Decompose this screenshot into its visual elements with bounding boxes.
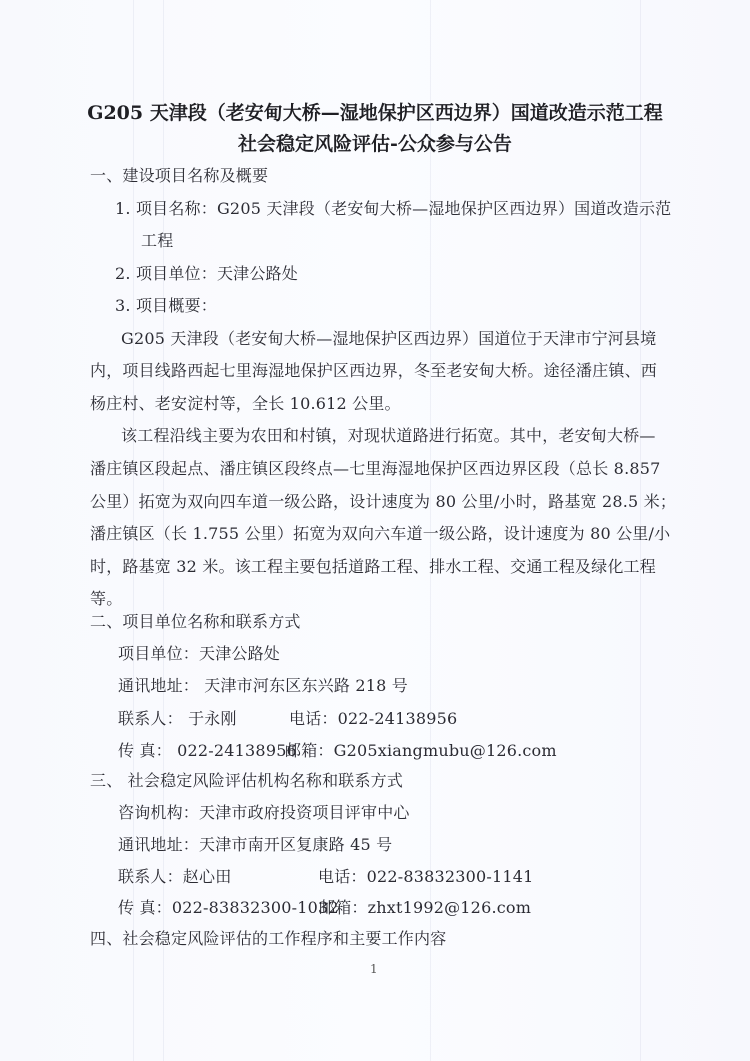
- overview-para1-line2: 内，项目线路西起七里海湿地保护区西边界，冬至老安甸大桥。途径潘庄镇、西: [90, 358, 657, 381]
- section3-contact-person: 联系人：赵心田: [118, 864, 231, 887]
- overview-para2-line5: 时，路基宽 32 米。该工程主要包括道路工程、排水工程、交通工程及绿化工程: [90, 554, 656, 577]
- section1-heading: 一、建设项目名称及概要: [90, 163, 268, 186]
- section2-phone: 电话：022-24138956: [289, 706, 457, 729]
- section2-contact-person: 联系人： 于永刚: [118, 706, 237, 729]
- section4-heading: 四、社会稳定风险评估的工作程序和主要工作内容: [90, 926, 446, 949]
- section2-unit: 项目单位：天津公路处: [118, 641, 280, 664]
- section2-email: 邮箱：G205xiangmubu@126.com: [285, 738, 557, 761]
- section3-phone: 电话：022-83832300-1141: [318, 864, 534, 887]
- section2-address: 通讯地址： 天津市河东区东兴路 218 号: [118, 673, 408, 696]
- overview-para1-line3: 杨庄村、老安淀村等，全长 10.612 公里。: [90, 391, 401, 414]
- document-title-line2: 社会稳定风险评估-公众参与公告: [0, 129, 750, 156]
- overview-para2-line4: 潘庄镇区（长 1.755 公里）拓宽为双向六车道一级公路，设计速度为 80 公里…: [90, 521, 670, 544]
- overview-para1-line1: G205 天津段（老安甸大桥—湿地保护区西边界）国道位于天津市宁河县境: [121, 326, 656, 349]
- overview-para2-line2: 潘庄镇区段起点、潘庄镇区段终点—七里海湿地保护区西边界区段（总长 8.857: [90, 456, 661, 479]
- overview-para2-line3: 公里）拓宽为双向四车道一级公路，设计速度为 80 公里/小时，路基宽 28.5 …: [90, 489, 676, 512]
- project-overview-label: 3. 项目概要：: [115, 293, 217, 316]
- project-name-line2: 工程: [141, 228, 173, 251]
- project-name-line1: 1. 项目名称：G205 天津段（老安甸大桥—湿地保护区西边界）国道改造示范: [115, 196, 671, 219]
- section3-email: 邮箱：zhxt1992@126.com: [319, 895, 531, 918]
- page-number: 1: [370, 962, 378, 976]
- document-page: G205 天津段（老安甸大桥—湿地保护区西边界）国道改造示范工程 社会稳定风险评…: [0, 0, 750, 1061]
- section3-agency: 咨询机构：天津市政府投资项目评审中心: [118, 800, 410, 823]
- overview-para2-line1: 该工程沿线主要为农田和村镇，对现状道路进行拓宽。其中，老安甸大桥—: [121, 423, 656, 446]
- section3-address: 通讯地址：天津市南开区复康路 45 号: [118, 832, 392, 855]
- section2-fax: 传 真： 022-24138956: [118, 738, 297, 761]
- project-unit: 2. 项目单位：天津公路处: [115, 261, 298, 284]
- document-title-line1: G205 天津段（老安甸大桥—湿地保护区西边界）国道改造示范工程: [0, 98, 750, 125]
- overview-para2-line6: 等。: [90, 586, 122, 609]
- section3-heading: 三、 社会稳定风险评估机构名称和联系方式: [90, 768, 403, 791]
- section2-heading: 二、项目单位名称和联系方式: [90, 609, 301, 632]
- section3-fax: 传 真：022-83832300-1032: [118, 895, 339, 918]
